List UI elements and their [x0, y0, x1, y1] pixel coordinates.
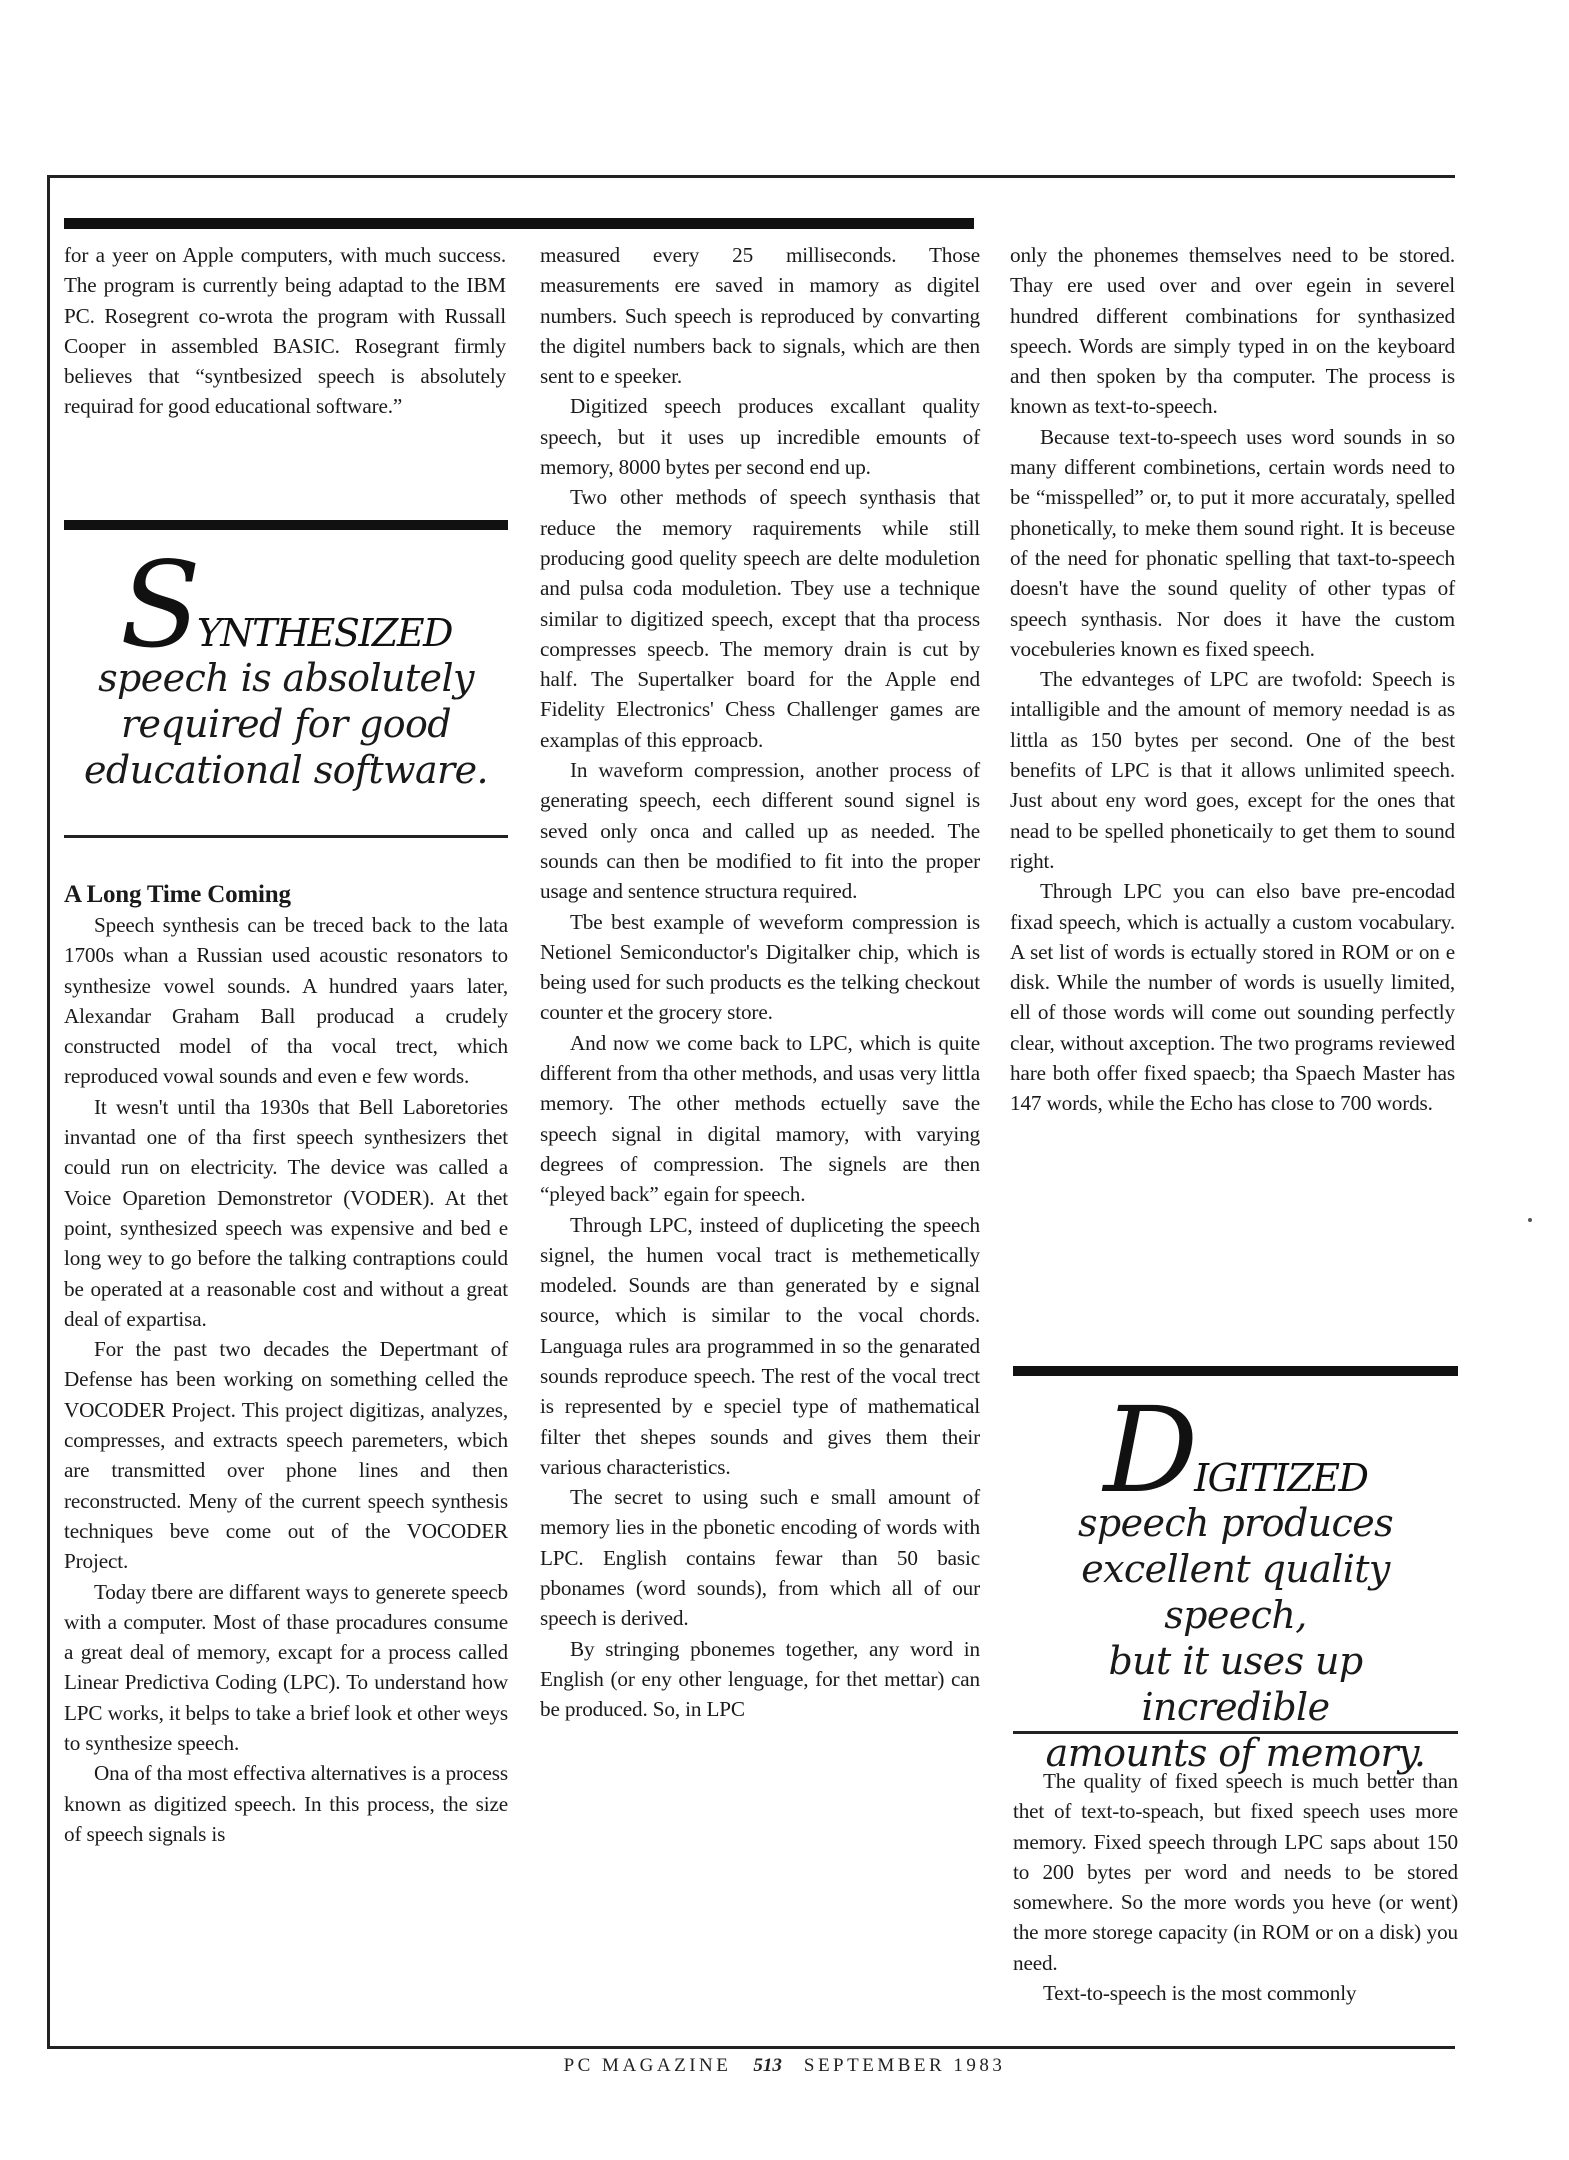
pull-quote-caps: IGITIZED — [1194, 1456, 1367, 1500]
pull-quote-line: required for good — [64, 701, 508, 747]
paragraph: Ona of tha most effectiva alternatives i… — [64, 1758, 508, 1849]
paragraph: Because text-to-speech uses word sounds … — [1010, 422, 1455, 664]
paragraph: The secret to using such e small amount … — [540, 1482, 980, 1633]
paragraph: Two other methods of speech synthasis th… — [540, 482, 980, 755]
right-column: only the phonemes themselves need to be … — [1010, 240, 1455, 1119]
right-column-section: The quality of fixed speech is much bett… — [1013, 1766, 1458, 2008]
pull-quote-line: speech produces — [1013, 1500, 1458, 1546]
pull-quote-initial: D — [1104, 1381, 1195, 1519]
paragraph: only the phonemes themselves need to be … — [1010, 240, 1455, 422]
paragraph: The edvanteges of LPC are twofold: Speec… — [1010, 664, 1455, 876]
pull-quote-top-rule — [1013, 1366, 1458, 1376]
left-column-section: A Long Time Coming Speech synthesis can … — [64, 880, 508, 1849]
paragraph: For the past two decades the Depertmant … — [64, 1334, 508, 1576]
page-footer: PC MAGAZINE513SEPTEMBER 1983 — [0, 2055, 1569, 2077]
pull-quote-digitized: DIGITIZED speech produces excellent qual… — [1013, 1400, 1458, 1776]
paragraph: measured every 25 milliseconds. Those me… — [540, 240, 980, 391]
paragraph: Speech synthesis can be treced back to t… — [64, 910, 508, 1092]
pull-quote-bottom-rule — [64, 835, 508, 838]
top-thick-rule — [64, 218, 974, 229]
middle-column: measured every 25 milliseconds. Those me… — [540, 240, 980, 1725]
paragraph: By stringing pbonemes together, any word… — [540, 1634, 980, 1725]
scan-speck — [1528, 1218, 1532, 1222]
paragraph: Through LPC, insteed of dupliceting the … — [540, 1210, 980, 1483]
pull-quote-top-rule — [64, 520, 508, 530]
footer-magazine: PC MAGAZINE — [564, 2055, 732, 2076]
pull-quote-initial: S — [120, 536, 197, 674]
pull-quote-line: speech is absolutely — [64, 655, 508, 701]
pull-quote-heading: SYNTHESIZED — [64, 555, 508, 655]
pull-quote-synthesized: SYNTHESIZED speech is absolutely require… — [64, 555, 508, 793]
paragraph: for a yeer on Apple computers, with much… — [64, 240, 506, 422]
paragraph: In waveform compression, another process… — [540, 755, 980, 906]
pull-quote-line: excellent quality speech, — [1013, 1546, 1458, 1638]
section-subhead: A Long Time Coming — [64, 880, 508, 910]
pull-quote-caps: YNTHESIZED — [197, 611, 452, 655]
paragraph: Tbe best example of weveform compression… — [540, 907, 980, 1028]
footer-page-number: 513 — [753, 2055, 782, 2076]
paragraph: It wesn't until tha 1930s that Bell Labo… — [64, 1092, 508, 1334]
paragraph: And now we come back to LPC, which is qu… — [540, 1028, 980, 1210]
pull-quote-bottom-rule — [1013, 1731, 1458, 1734]
left-column: for a yeer on Apple computers, with much… — [64, 240, 506, 422]
paragraph: Digitized speech produces excallant qual… — [540, 391, 980, 482]
footer-issue: SEPTEMBER 1983 — [804, 2055, 1006, 2076]
paragraph: The quality of fixed speech is much bett… — [1013, 1766, 1458, 1978]
pull-quote-line: educational software. — [64, 747, 508, 793]
paragraph: Through LPC you can elso bave pre-encoda… — [1010, 876, 1455, 1118]
pull-quote-heading: DIGITIZED — [1013, 1400, 1458, 1500]
paragraph: Text-to-speech is the most commonly — [1013, 1978, 1458, 2008]
paragraph: Today tbere are diffarent ways to genere… — [64, 1577, 508, 1759]
pull-quote-line: but it uses up incredible — [1013, 1638, 1458, 1730]
